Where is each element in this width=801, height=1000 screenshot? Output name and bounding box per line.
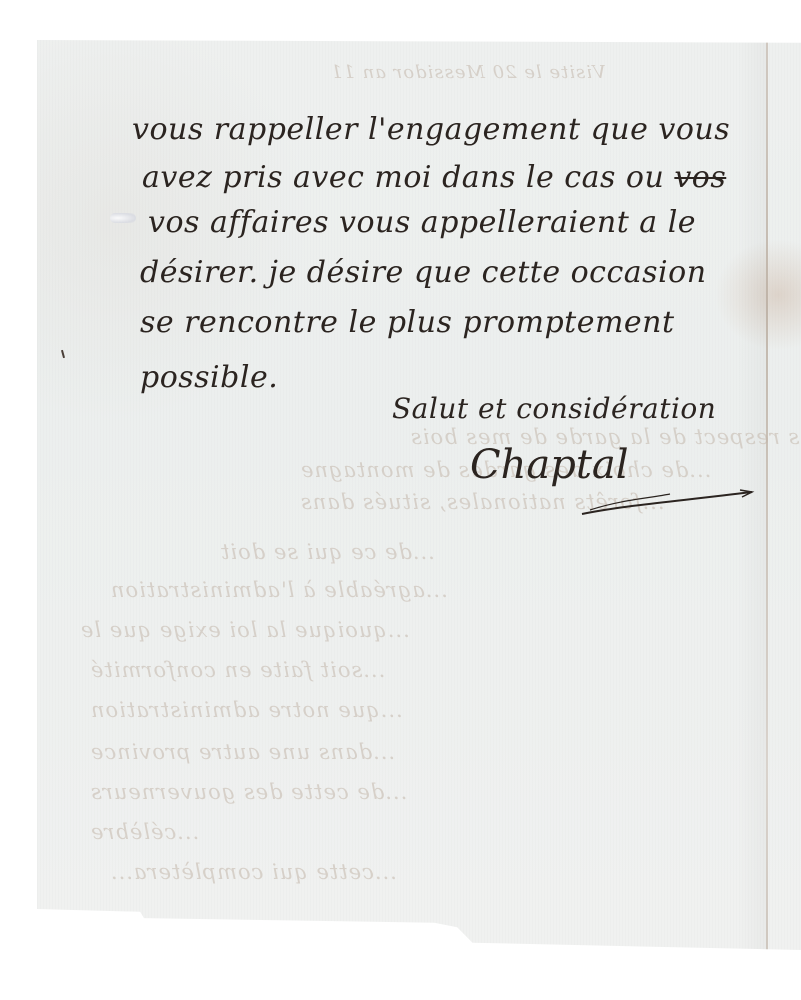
bleed-through-line: ...cette qui complètera...: [110, 860, 397, 884]
bleed-through-line: ...agréable à l'administration: [110, 578, 448, 602]
letter-line-2: avez pris avec moi dans le cas ou vos: [142, 160, 726, 195]
letter-line-6: possible.: [140, 360, 278, 395]
bleed-through-line: ...soit faite en conformité: [90, 658, 385, 682]
letter-line-4: désirer. je désire que cette occasion: [140, 255, 707, 290]
signature: Chaptal: [470, 442, 629, 488]
letter-line-3: vos affaires vous appelleraient a le: [148, 205, 696, 240]
bleed-through-header: Visite le 20 Messidor an 11: [330, 62, 606, 83]
signature-flourish: [580, 488, 755, 518]
letter-line-2-text: avez pris avec moi dans le cas ou: [142, 160, 674, 195]
page-fold-line: [766, 40, 768, 950]
bleed-through-line: ...quoique la loi exige que le: [80, 618, 410, 642]
bleed-through-line: ...que notre administration: [90, 698, 403, 722]
pin-hole-mark: [110, 213, 136, 223]
bleed-through-line: ...dans une autre province: [90, 740, 395, 764]
struck-word: vos: [674, 160, 726, 195]
bleed-through-line: ...célèbre: [90, 820, 199, 844]
letter-line-1: vous rappeller l'engagement que vous: [132, 112, 730, 147]
bleed-through-line: ...de ce qui se doit: [220, 540, 435, 564]
letter-line-5: se rencontre le plus promptement: [140, 305, 675, 340]
letter-closing: Salut et considération: [392, 392, 716, 425]
bleed-through-line: ...de cette des gouverneurs: [90, 780, 407, 804]
